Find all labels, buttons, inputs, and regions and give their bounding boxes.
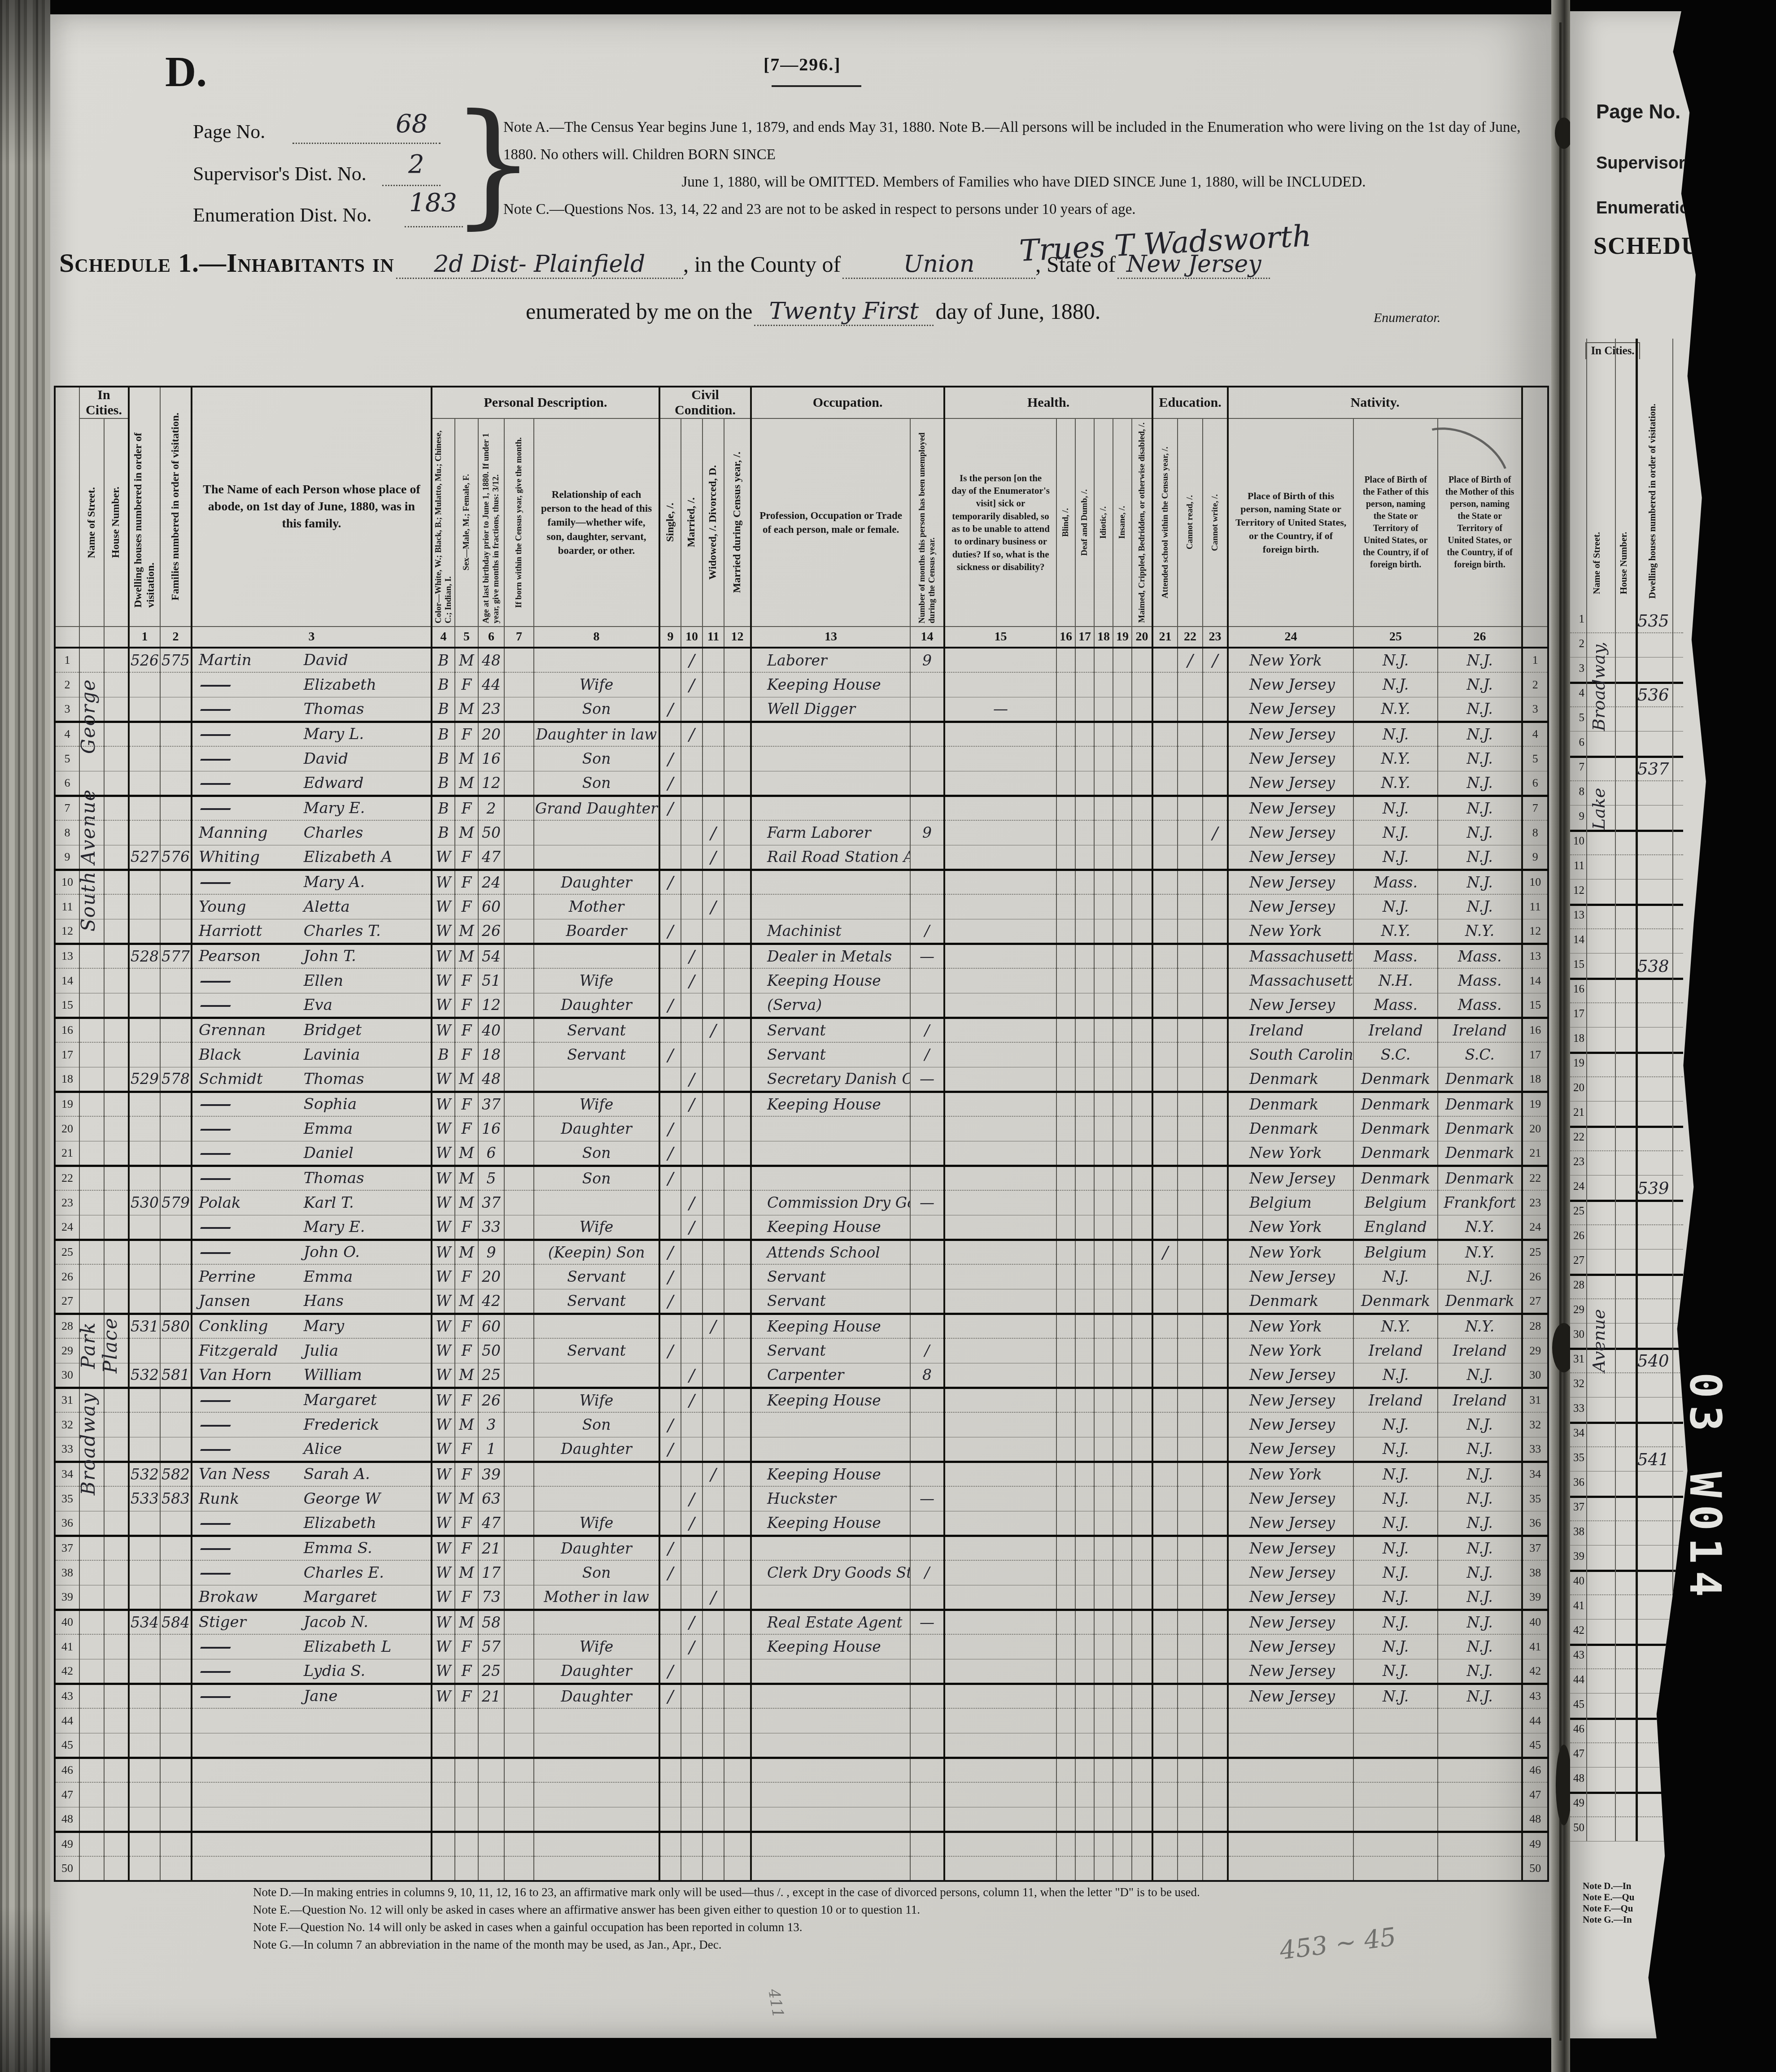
table-row: 40534584StigerJacob N.WM58/Real Estate A…: [55, 1610, 1548, 1634]
cell-married-during-year: [724, 1141, 751, 1166]
cell-cannot-write: [1203, 1067, 1228, 1092]
cell-relationship: [534, 1856, 659, 1881]
surname: —: [192, 972, 304, 990]
row-number-left: 30: [55, 1363, 79, 1388]
cell-widowed: [703, 771, 724, 796]
cell-relationship: Mother: [534, 894, 659, 919]
cell-father-birthplace: [1353, 1708, 1438, 1733]
cell-relationship: Servant: [534, 1289, 659, 1314]
cell-attended-school: [1152, 1437, 1178, 1462]
cell-dwelling-number: [129, 1634, 160, 1659]
cell-widowed: [703, 870, 724, 894]
cell-age: 16: [478, 746, 504, 771]
cell-father-birthplace: Denmark: [1353, 1166, 1438, 1190]
cell-idiotic: [1094, 1462, 1113, 1486]
cell-months-unemployed: 9: [910, 648, 944, 672]
cell-sex: F: [455, 1585, 478, 1610]
cell-age: 37: [478, 1190, 504, 1215]
cell-father-birthplace: N.J.: [1353, 1511, 1438, 1536]
cell-mother-birthplace: [1438, 1856, 1522, 1881]
surname: Whiting: [192, 848, 304, 866]
cell-married: [681, 1782, 703, 1807]
cell-single: /: [659, 1264, 681, 1289]
cell-father-birthplace: N.Y.: [1353, 697, 1438, 722]
cell-father-birthplace: N.J.: [1353, 1610, 1438, 1634]
cell-idiotic: [1094, 722, 1113, 746]
row-number-left: 6: [55, 771, 79, 796]
cell-sex: F: [455, 1388, 478, 1412]
cell-deaf: [1075, 1758, 1094, 1782]
table-row: 19—SophiaWF37Wife/Keeping HouseDenmarkDe…: [55, 1092, 1548, 1116]
given-name: Charles T.: [304, 922, 431, 940]
table-row: 29FitzgeraldJuliaWF50Servant/Servant/New…: [55, 1338, 1548, 1363]
cell-sickness: [944, 746, 1056, 771]
cell-idiotic: [1094, 1758, 1113, 1782]
cell-months-unemployed: [910, 1832, 944, 1856]
next-dwelling-number: 537: [1637, 759, 1669, 779]
cell-relationship: Son: [534, 1412, 659, 1437]
cell-birth-month: [504, 697, 534, 722]
cell-single: [659, 1758, 681, 1782]
cell-sickness: [944, 1412, 1056, 1437]
county-value: Union: [842, 251, 1035, 279]
cell-color: W: [432, 1634, 455, 1659]
cell-age: 17: [478, 1560, 504, 1585]
cell-cannot-read: [1178, 1042, 1203, 1067]
cell-name: FitzgeraldJulia: [192, 1338, 432, 1363]
given-name: Charles E.: [304, 1564, 431, 1582]
cell-blind: [1056, 1610, 1075, 1634]
cell-cannot-read: [1178, 1585, 1203, 1610]
cell-widowed: [703, 1634, 724, 1659]
row-number-left: 4: [55, 722, 79, 746]
next-row-number: 4: [1570, 687, 1584, 700]
cell-relationship: Servant: [534, 1338, 659, 1363]
cell-father-birthplace: [1353, 1856, 1438, 1881]
cell-idiotic: [1094, 919, 1113, 944]
row-number-left: 23: [55, 1190, 79, 1215]
cell-blind: [1056, 820, 1075, 845]
cell-cannot-write: [1203, 1314, 1228, 1338]
cell-sickness: [944, 1141, 1056, 1166]
cell-birthplace: New Jersey: [1228, 1437, 1353, 1462]
given-name: Mary A.: [304, 873, 431, 891]
cell-widowed: [703, 1116, 724, 1141]
cell-name: BlackLavinia: [192, 1042, 432, 1067]
cell-cannot-read: [1178, 746, 1203, 771]
cell-maimed: [1132, 1708, 1152, 1733]
cell-single: [659, 1215, 681, 1240]
cell-relationship: [534, 1190, 659, 1215]
cell-married-during-year: [724, 771, 751, 796]
cell-age: [478, 1856, 504, 1881]
cell-dwelling-number: [129, 1018, 160, 1042]
cell-dwelling-number: [129, 697, 160, 722]
cell-maimed: [1132, 1758, 1152, 1782]
cell-age: 57: [478, 1634, 504, 1659]
cell-blind: [1056, 1388, 1075, 1412]
cell-attended-school: [1152, 1782, 1178, 1807]
cell-cannot-read: [1178, 697, 1203, 722]
cell-occupation: Servant: [751, 1264, 910, 1289]
cell-cannot-write: [1203, 672, 1228, 697]
cell-occupation: (Serva): [751, 993, 910, 1018]
cell-married-during-year: [724, 1092, 751, 1116]
cell-single: [659, 820, 681, 845]
cell-insane: [1113, 1856, 1132, 1881]
cell-age: 47: [478, 845, 504, 870]
cell-color: W: [432, 1511, 455, 1536]
cell-cannot-write: [1203, 1190, 1228, 1215]
cell-occupation: Secretary Danish Consulate: [751, 1067, 910, 1092]
cell-age: 73: [478, 1585, 504, 1610]
cell-married-during-year: [724, 672, 751, 697]
surname: —: [192, 1440, 304, 1458]
cell-house-number: [104, 648, 129, 672]
cell-name: [192, 1733, 432, 1758]
cell-birthplace: New Jersey: [1228, 672, 1353, 697]
cell-birth-month: [504, 944, 534, 968]
cell-deaf: [1075, 944, 1094, 968]
cell-married-during-year: [724, 1314, 751, 1338]
cell-family-number: [160, 1807, 192, 1832]
cell-color: W: [432, 1659, 455, 1684]
cell-dwelling-number: 530: [129, 1190, 160, 1215]
cell-birthplace: New Jersey: [1228, 1659, 1353, 1684]
film-frame-mark: 03 W014: [1680, 1372, 1730, 1604]
cell-attended-school: [1152, 1536, 1178, 1560]
cell-blind: [1056, 1363, 1075, 1388]
cell-maimed: [1132, 1832, 1152, 1856]
cell-family-number: [160, 1536, 192, 1560]
cell-birthplace: New Jersey: [1228, 1412, 1353, 1437]
cell-father-birthplace: N.J.: [1353, 1462, 1438, 1486]
cell-widowed: [703, 1733, 724, 1758]
cell-deaf: [1075, 1610, 1094, 1634]
col-relationship-header: Relationship of each person to the head …: [534, 418, 659, 627]
cell-color: W: [432, 1610, 455, 1634]
cell-father-birthplace: [1353, 1733, 1438, 1758]
cell-house-number: [104, 845, 129, 870]
cell-dwelling-number: [129, 1412, 160, 1437]
cell-insane: [1113, 771, 1132, 796]
cell-idiotic: [1094, 1067, 1113, 1092]
cell-birth-month: [504, 1116, 534, 1141]
cell-color: W: [432, 968, 455, 993]
surname: —: [192, 1144, 304, 1162]
cell-cannot-write: [1203, 1116, 1228, 1141]
cell-cannot-read: [1178, 1215, 1203, 1240]
surname: —: [192, 799, 304, 817]
cell-single: /: [659, 1338, 681, 1363]
cell-maimed: [1132, 1659, 1152, 1684]
cell-street: [79, 1116, 104, 1141]
cell-mother-birthplace: N.J.: [1438, 672, 1522, 697]
cell-sickness: [944, 1437, 1056, 1462]
cell-single: /: [659, 1042, 681, 1067]
cell-name: —Eva: [192, 993, 432, 1018]
cell-dwelling-number: [129, 1511, 160, 1536]
cell-sickness: [944, 1388, 1056, 1412]
group-header-row: In Cities. Dwelling houses numbered in o…: [55, 387, 1548, 418]
cell-occupation: Attends School: [751, 1240, 910, 1264]
cell-relationship: [534, 1610, 659, 1634]
cell-mother-birthplace: Ireland: [1438, 1338, 1522, 1363]
cell-family-number: [160, 1856, 192, 1881]
cell-idiotic: [1094, 1659, 1113, 1684]
cell-house-number: [104, 968, 129, 993]
surname: —: [192, 1662, 304, 1680]
cell-cannot-write: [1203, 1511, 1228, 1536]
cell-name: GrennanBridget: [192, 1018, 432, 1042]
cell-street: [79, 1166, 104, 1190]
cell-age: 51: [478, 968, 504, 993]
cell-cannot-write: [1203, 1289, 1228, 1314]
cell-family-number: [160, 1733, 192, 1758]
cell-sex: M: [455, 820, 478, 845]
next-row-number: 43: [1570, 1649, 1584, 1662]
row-number-left: 44: [55, 1708, 79, 1733]
row-number-right: 31: [1522, 1388, 1548, 1412]
next-row-number: 5: [1570, 712, 1584, 724]
next-row-number: 21: [1570, 1106, 1584, 1119]
cell-insane: [1113, 1314, 1132, 1338]
next-row-number: 10: [1570, 835, 1584, 848]
cell-color: B: [432, 722, 455, 746]
cell-father-birthplace: N.J.: [1353, 1560, 1438, 1585]
cell-cannot-write: [1203, 697, 1228, 722]
cell-mother-birthplace: [1438, 1807, 1522, 1832]
cell-name: —Ellen: [192, 968, 432, 993]
cell-occupation: [751, 1585, 910, 1610]
cell-relationship: [534, 1363, 659, 1388]
cell-birth-month: [504, 993, 534, 1018]
cell-insane: [1113, 1141, 1132, 1166]
cell-attended-school: [1152, 1610, 1178, 1634]
cell-sickness: [944, 1092, 1056, 1116]
enumerated-line: enumerated by me on the Twenty First day…: [526, 298, 1100, 326]
cell-widowed: [703, 1289, 724, 1314]
cell-father-birthplace: N.J.: [1353, 796, 1438, 820]
cell-sex: M: [455, 919, 478, 944]
cell-cannot-read: [1178, 1486, 1203, 1511]
cell-cannot-read: [1178, 722, 1203, 746]
cell-single: [659, 1782, 681, 1807]
cell-months-unemployed: [910, 1856, 944, 1881]
cell-widowed: [703, 1832, 724, 1856]
cell-father-birthplace: N.J.: [1353, 1363, 1438, 1388]
cell-birthplace: New York: [1228, 1240, 1353, 1264]
table-row: 32—FrederickWM3Son/New JerseyN.J.N.J.32: [55, 1412, 1548, 1437]
cell-single: [659, 1807, 681, 1832]
col-house-header: House Number.: [104, 418, 129, 627]
cell-widowed: [703, 919, 724, 944]
next-row-number: 27: [1570, 1254, 1584, 1267]
cell-street: [79, 944, 104, 968]
group-civil: Civil Condition.: [659, 387, 751, 418]
cell-name: JansenHans: [192, 1289, 432, 1314]
cell-married: [681, 697, 703, 722]
cell-sex: M: [455, 697, 478, 722]
row-number-left: 42: [55, 1659, 79, 1684]
cell-age: 21: [478, 1684, 504, 1708]
row-number-right: 49: [1522, 1832, 1548, 1856]
cell-cannot-read: [1178, 1166, 1203, 1190]
cell-relationship: Son: [534, 1166, 659, 1190]
cell-married-during-year: [724, 1832, 751, 1856]
cell-dwelling-number: [129, 1264, 160, 1289]
cell-street: [79, 1634, 104, 1659]
given-name: Daniel: [304, 1144, 431, 1162]
table-row: 14—EllenWF51Wife/Keeping HouseMassachuse…: [55, 968, 1548, 993]
cell-occupation: Laborer: [751, 648, 910, 672]
cell-idiotic: [1094, 1634, 1113, 1659]
cell-color: [432, 1832, 455, 1856]
cell-maimed: [1132, 1067, 1152, 1092]
cell-sex: F: [455, 1314, 478, 1338]
cell-married-during-year: [724, 1659, 751, 1684]
cell-insane: [1113, 820, 1132, 845]
cell-married: [681, 1462, 703, 1486]
cell-months-unemployed: [910, 1807, 944, 1832]
cell-family-number: [160, 697, 192, 722]
cell-months-unemployed: [910, 1437, 944, 1462]
cell-father-birthplace: N.J.: [1353, 1264, 1438, 1289]
cell-relationship: [534, 845, 659, 870]
cell-cannot-write: [1203, 1733, 1228, 1758]
cell-relationship: Son: [534, 1141, 659, 1166]
cell-married: /: [681, 1092, 703, 1116]
cell-name: —Margaret: [192, 1388, 432, 1412]
cell-occupation: Huckster: [751, 1486, 910, 1511]
cell-widowed: /: [703, 820, 724, 845]
cell-relationship: (Keepin) Son: [534, 1240, 659, 1264]
cell-house-number: [104, 1141, 129, 1166]
cell-dwelling-number: [129, 1708, 160, 1733]
cell-color: W: [432, 1412, 455, 1437]
cell-married-during-year: [724, 1536, 751, 1560]
cell-birth-month: [504, 845, 534, 870]
next-in-cities: In Cities.: [1585, 342, 1640, 359]
cell-insane: [1113, 796, 1132, 820]
cell-cannot-write: [1203, 1560, 1228, 1585]
cell-age: 47: [478, 1511, 504, 1536]
cell-cannot-read: [1178, 1363, 1203, 1388]
row-number-right: 20: [1522, 1116, 1548, 1141]
surname: Jansen: [192, 1292, 304, 1310]
cell-occupation: Farm Laborer: [751, 820, 910, 845]
cell-attended-school: [1152, 894, 1178, 919]
cell-house-number: [104, 1659, 129, 1684]
cell-idiotic: [1094, 1018, 1113, 1042]
cell-dwelling-number: [129, 1289, 160, 1314]
cell-father-birthplace: N.J.: [1353, 894, 1438, 919]
table-row: 31—MargaretWF26Wife/Keeping HouseNew Jer…: [55, 1388, 1548, 1412]
cell-married: /: [681, 722, 703, 746]
cell-cannot-read: [1178, 1758, 1203, 1782]
cell-house-number: [104, 672, 129, 697]
next-dwelling-number: 538: [1637, 957, 1669, 976]
cell-deaf: [1075, 894, 1094, 919]
cell-attended-school: [1152, 1116, 1178, 1141]
cell-birth-month: [504, 1215, 534, 1240]
cell-age: 60: [478, 894, 504, 919]
header-notes: Note A.—The Census Year begins June 1, 1…: [503, 114, 1544, 223]
cell-name: —Mary E.: [192, 1215, 432, 1240]
cell-birth-month: [504, 1092, 534, 1116]
cell-months-unemployed: [910, 1412, 944, 1437]
cell-house-number: [104, 1437, 129, 1462]
cell-attended-school: [1152, 648, 1178, 672]
given-name: Elizabeth A: [304, 848, 431, 866]
cell-occupation: Keeping House: [751, 968, 910, 993]
cell-deaf: [1075, 1190, 1094, 1215]
cell-attended-school: [1152, 944, 1178, 968]
cell-sickness: [944, 993, 1056, 1018]
cell-blind: [1056, 1092, 1075, 1116]
cell-maimed: [1132, 1264, 1152, 1289]
cell-sex: M: [455, 944, 478, 968]
cell-idiotic: [1094, 1240, 1113, 1264]
cell-name: YoungAletta: [192, 894, 432, 919]
surname: —: [192, 1514, 304, 1532]
row-number-left: 19: [55, 1092, 79, 1116]
next-row-number: 8: [1570, 786, 1584, 798]
cell-attended-school: [1152, 1190, 1178, 1215]
surname: —: [192, 700, 304, 718]
cell-birthplace: New Jersey: [1228, 993, 1353, 1018]
cell-insane: [1113, 1536, 1132, 1560]
county-label: , in the County of: [683, 252, 841, 277]
cell-color: W: [432, 1190, 455, 1215]
cell-birth-month: [504, 648, 534, 672]
cell-married-during-year: [724, 870, 751, 894]
cell-mother-birthplace: Frankfort: [1438, 1190, 1522, 1215]
cell-occupation: [751, 1412, 910, 1437]
cell-blind: [1056, 1042, 1075, 1067]
cell-family-number: [160, 1560, 192, 1585]
cell-age: 1: [478, 1437, 504, 1462]
row-number-right: 37: [1522, 1536, 1548, 1560]
cell-sickness: [944, 1338, 1056, 1363]
cell-sex: [455, 1733, 478, 1758]
cell-blind: [1056, 1141, 1075, 1166]
cell-relationship: Daughter in law: [534, 722, 659, 746]
cell-color: W: [432, 919, 455, 944]
cell-color: W: [432, 1560, 455, 1585]
cell-relationship: Grand Daughter: [534, 796, 659, 820]
cell-attended-school: [1152, 1018, 1178, 1042]
cell-maimed: [1132, 1536, 1152, 1560]
cell-occupation: Machinist: [751, 919, 910, 944]
cell-insane: [1113, 1240, 1132, 1264]
cell-name: [192, 1758, 432, 1782]
cell-married: [681, 1018, 703, 1042]
row-number-right: 4: [1522, 722, 1548, 746]
cell-single: [659, 1388, 681, 1412]
cell-idiotic: [1094, 1782, 1113, 1807]
cell-cannot-read: [1178, 993, 1203, 1018]
surname: —: [192, 1169, 304, 1187]
cell-dwelling-number: 534: [129, 1610, 160, 1634]
cell-occupation: [751, 1807, 910, 1832]
row-number-right: 8: [1522, 820, 1548, 845]
cell-family-number: [160, 1758, 192, 1782]
row-number-right: 28: [1522, 1314, 1548, 1338]
cell-cannot-read: [1178, 845, 1203, 870]
cell-blind: [1056, 796, 1075, 820]
cell-father-birthplace: [1353, 1782, 1438, 1807]
